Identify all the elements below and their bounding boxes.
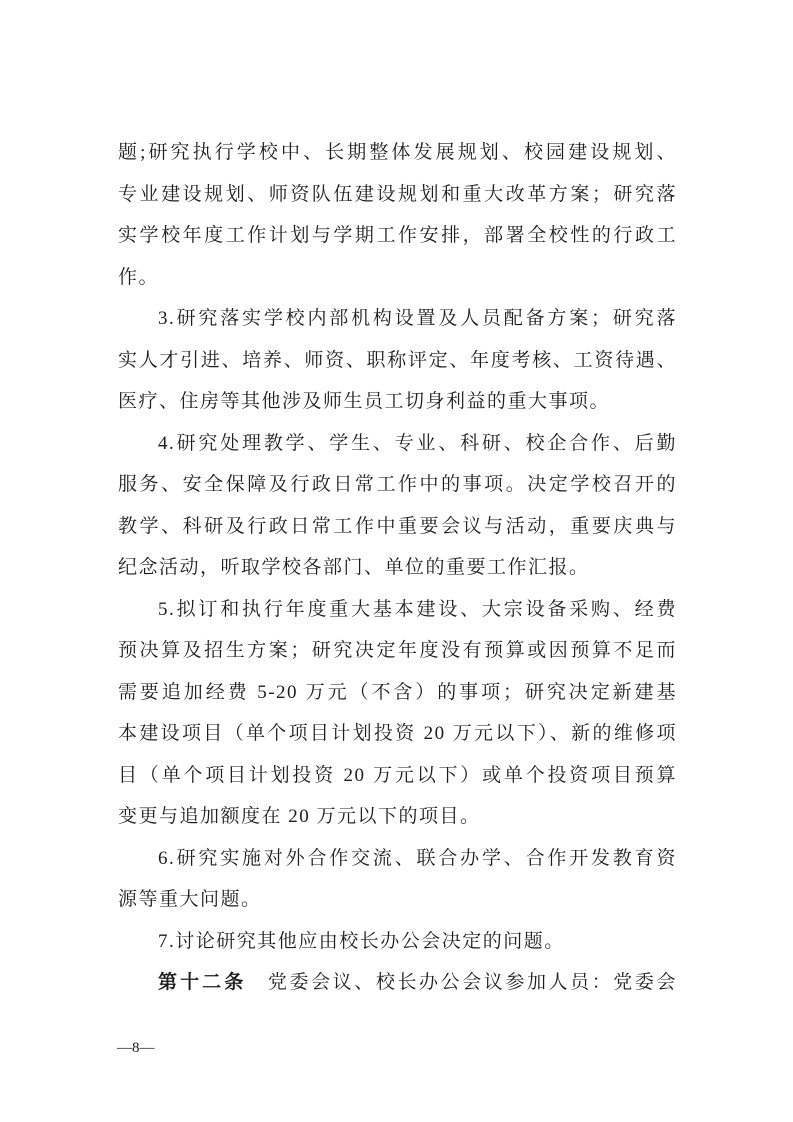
text-segment: 6.研究实施对外合作交流、联合办学、合作开发教育资 <box>158 848 677 869</box>
para-item-5: 5.拟订和执行年度重大基本建设、大宗设备采购、经费预决算及招生方案；研究决定年度… <box>118 589 677 838</box>
text-line: 医疗、住房等其他涉及师生员工切身利益的重大事项。 <box>118 381 677 423</box>
text-segment: 本建设项目（单个项目计划投资 20 万元以下）、新的维修项 <box>118 723 677 744</box>
text-line: 专业建设规划、师资队伍建设规划和重大改革方案；研究落 <box>118 174 677 216</box>
document-page: 题;研究执行学校中、长期整体发展规划、校园建设规划、专业建设规划、师资队伍建设规… <box>0 0 793 1122</box>
text-line: 4.研究处理教学、学生、专业、科研、校企合作、后勤 <box>118 423 677 465</box>
text-line: 实学校年度工作计划与学期工作安排，部署全校性的行政工 <box>118 215 677 257</box>
text-segment: 变更与追加额度在 20 万元以下的项目。 <box>118 806 481 827</box>
para-item-4: 4.研究处理教学、学生、专业、科研、校企合作、后勤服务、安全保障及行政日常工作中… <box>118 423 677 589</box>
text-segment: 实人才引进、培养、师资、职称评定、年度考核、工资待遇、 <box>118 350 677 371</box>
text-segment: 5.拟订和执行年度重大基本建设、大宗设备采购、经费 <box>158 599 677 620</box>
text-segment: 目（单个项目计划投资 20 万元以下）或单个投资项目预算 <box>118 765 677 786</box>
text-segment: 题;研究执行学校中、长期整体发展规划、校园建设规划、 <box>118 142 677 163</box>
text-line: 教学、科研及行政日常工作中重要会议与活动，重要庆典与 <box>118 506 677 548</box>
text-segment: 服务、安全保障及行政日常工作中的事项。决定学校召开的 <box>118 474 677 495</box>
text-segment: 需要追加经费 5-20 万元（不含）的事项；研究决定新建基 <box>118 682 677 703</box>
text-segment: 4.研究处理教学、学生、专业、科研、校企合作、后勤 <box>158 433 677 454</box>
text-segment: 纪念活动，听取学校各部门、单位的重要工作汇报。 <box>118 557 590 578</box>
text-segment: 3.研究落实学校内部机构设置及人员配备方案；研究落 <box>158 308 677 329</box>
text-segment: 源等重大问题。 <box>118 889 262 910</box>
text-line: 源等重大问题。 <box>118 879 677 921</box>
text-line: 作。 <box>118 257 677 299</box>
para-item-7: 7.讨论研究其他应由校长办公会决定的问题。 <box>118 921 677 963</box>
text-line: 本建设项目（单个项目计划投资 20 万元以下）、新的维修项 <box>118 713 677 755</box>
text-line: 服务、安全保障及行政日常工作中的事项。决定学校召开的 <box>118 464 677 506</box>
document-body: 题;研究执行学校中、长期整体发展规划、校园建设规划、专业建设规划、师资队伍建设规… <box>118 132 677 1004</box>
text-segment: 专业建设规划、师资队伍建设规划和重大改革方案；研究落 <box>118 184 677 205</box>
para-continuation: 题;研究执行学校中、长期整体发展规划、校园建设规划、专业建设规划、师资队伍建设规… <box>118 132 677 298</box>
text-segment: 作。 <box>118 267 159 288</box>
page-number: —8— <box>117 1038 155 1058</box>
text-segment: 实学校年度工作计划与学期工作安排，部署全校性的行政工 <box>118 225 677 246</box>
text-line: 预决算及招生方案；研究决定年度没有预算或因预算不足而 <box>118 630 677 672</box>
text-segment: 7.讨论研究其他应由校长办公会决定的问题。 <box>158 931 565 952</box>
text-line: 实人才引进、培养、师资、职称评定、年度考核、工资待遇、 <box>118 340 677 382</box>
para-item-6: 6.研究实施对外合作交流、联合办学、合作开发教育资源等重大问题。 <box>118 838 677 921</box>
text-segment: 党委会议、校长办公会议参加人员：党委会 <box>246 972 677 993</box>
text-line: 5.拟订和执行年度重大基本建设、大宗设备采购、经费 <box>118 589 677 631</box>
text-line: 题;研究执行学校中、长期整体发展规划、校园建设规划、 <box>118 132 677 174</box>
text-line: 纪念活动，听取学校各部门、单位的重要工作汇报。 <box>118 547 677 589</box>
para-article-12: 第十二条 党委会议、校长办公会议参加人员：党委会 <box>118 962 677 1004</box>
text-segment: 教学、科研及行政日常工作中重要会议与活动，重要庆典与 <box>118 516 677 537</box>
text-segment: 医疗、住房等其他涉及师生员工切身利益的重大事项。 <box>118 391 610 412</box>
article-heading: 第十二条 <box>158 972 246 993</box>
para-item-3: 3.研究落实学校内部机构设置及人员配备方案；研究落实人才引进、培养、师资、职称评… <box>118 298 677 423</box>
text-line: 7.讨论研究其他应由校长办公会决定的问题。 <box>118 921 677 963</box>
text-line: 变更与追加额度在 20 万元以下的项目。 <box>118 796 677 838</box>
text-line: 第十二条 党委会议、校长办公会议参加人员：党委会 <box>118 962 677 1004</box>
text-line: 目（单个项目计划投资 20 万元以下）或单个投资项目预算 <box>118 755 677 797</box>
text-segment: 预决算及招生方案；研究决定年度没有预算或因预算不足而 <box>118 640 677 661</box>
text-line: 3.研究落实学校内部机构设置及人员配备方案；研究落 <box>118 298 677 340</box>
text-line: 6.研究实施对外合作交流、联合办学、合作开发教育资 <box>118 838 677 880</box>
text-line: 需要追加经费 5-20 万元（不含）的事项；研究决定新建基 <box>118 672 677 714</box>
